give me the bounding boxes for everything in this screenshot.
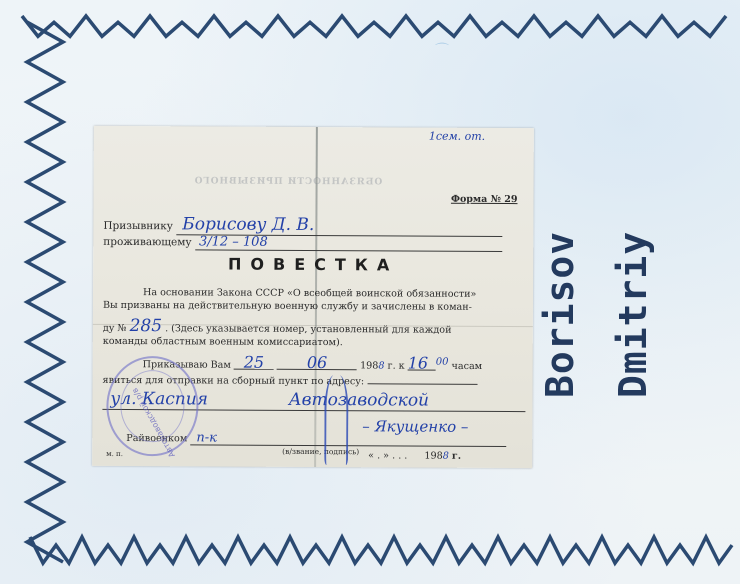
order-row: Приказываю Вам 25 06 1988 г. к 1600 часа…	[143, 354, 521, 373]
official-stamp: Автозаводской р/в	[106, 356, 199, 456]
side-label-surname: Borisov	[538, 231, 582, 398]
address-label: проживающему	[103, 236, 191, 248]
order-year-suffix: г. к	[388, 361, 405, 372]
order-hour: 16	[408, 357, 436, 371]
office-value: п-к	[190, 431, 506, 447]
team-note: . (Здесь указывается номер, установленны…	[165, 323, 451, 335]
draft-notice: 1сем. от. ОБЯЗАННОСТИ ПРИЗЫВНОГО Форма №…	[92, 126, 534, 468]
team-prefix: ду №	[103, 323, 127, 334]
ghost-heading: ОБЯЗАННОСТИ ПРИЗЫВНОГО	[194, 176, 383, 187]
order-month: 06	[277, 356, 357, 370]
team-number: 285	[130, 316, 163, 336]
address-row: проживающему 3/12 – 108	[103, 234, 521, 252]
notice-title: ПОВЕСТКА	[93, 254, 533, 275]
order-year-digit: 8	[378, 361, 384, 372]
address-value: 3/12 – 108	[195, 234, 502, 252]
order-hour-suffix: часам	[452, 361, 483, 372]
pencil-mark: ⌒	[435, 40, 449, 60]
side-label-given-name: Dmitriy	[611, 231, 655, 398]
assembly-address-district: Автозаводской	[289, 390, 429, 411]
order-year-prefix: 198	[360, 360, 378, 371]
signature-scribble	[324, 375, 348, 465]
order-minutes: 00	[436, 357, 449, 368]
team-note-2: команды областным военным комиссариатом)…	[103, 335, 521, 350]
stamp-text: Автозаводской р/в	[130, 386, 177, 459]
order-day: 25	[234, 356, 274, 370]
form-number: Форма № 29	[451, 194, 518, 205]
corner-note: 1сем. от.	[429, 130, 522, 143]
paragraph-line-2: Вы призваны на действительную военную сл…	[103, 299, 521, 314]
recipient-label: Призывнику	[103, 220, 173, 232]
